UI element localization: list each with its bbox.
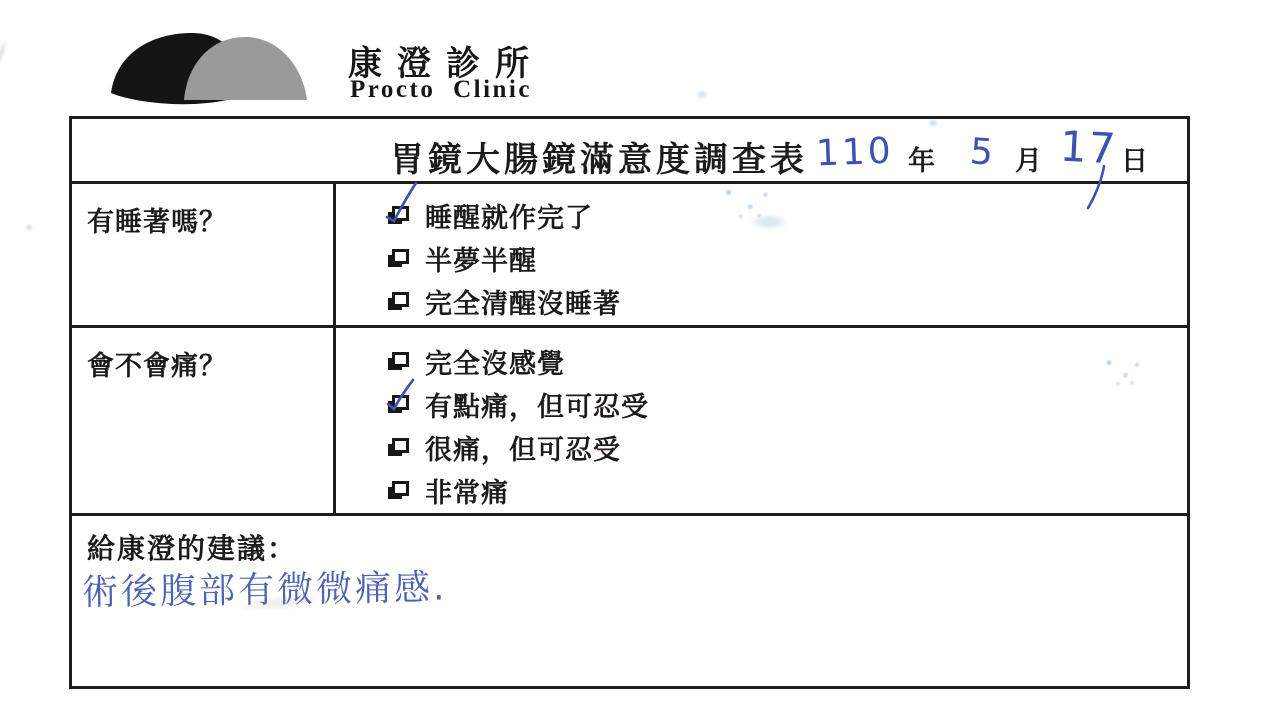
checkbox-icon [388,290,410,312]
question-options-cell: 睡醒就作完了 半夢半醒 完全清醒沒睡著 [336,184,1187,325]
option-row: 半夢半醒 [388,243,1187,273]
clinic-logo [104,27,312,107]
date-day-handwritten: 17 [1059,126,1119,171]
date-month-label: 月 [1015,139,1042,178]
question-row-sleep: 有睡著嗎？ 睡醒就作完了 半夢半醒 完全清醒沒睡著 [72,184,1187,328]
question-label-cell: 有睡著嗎？ [72,184,336,325]
form-title: 胃鏡大腸鏡滿意度調查表 [390,132,808,181]
option-row: 有點痛，但可忍受 [388,389,1187,419]
checkbox-icon [388,350,410,372]
option-row: 非常痛 [388,475,1187,505]
clinic-name-en: Procto Clinic [350,76,532,104]
option-label: 半夢半醒 [425,239,537,278]
checkbox-icon [388,436,410,458]
pen-stroke-descender [1085,165,1109,211]
scan-speck [25,224,33,231]
checkmark-icon [383,370,419,414]
question-label: 會不會痛？ [87,344,333,383]
option-label: 有點痛，但可忍受 [425,385,649,424]
date-year-label: 年 [908,139,935,178]
survey-table: 胃鏡大腸鏡滿意度調查表 110 年 5 月 17 日 有睡著嗎？ [69,116,1190,689]
ink-smudge [696,90,708,99]
question-options-cell: 完全沒感覺 有點痛，但可忍受 很痛，但可忍受 非常痛 [336,328,1187,513]
checkbox-icon [388,479,410,501]
scanned-survey-form: 康澄診所 Procto Clinic 胃鏡大腸鏡滿意度調查表 110 年 5 月… [0,0,1280,720]
checkmark-icon [383,181,419,225]
option-label: 完全清醒沒睡著 [425,282,621,321]
question-label-cell: 會不會痛？ [72,328,336,513]
title-row: 胃鏡大腸鏡滿意度調查表 110 年 5 月 17 日 [72,119,1187,184]
suggestion-handwritten-text: 術後腹部有微微痛感. [82,559,448,615]
date-month-handwritten: 5 [969,134,994,172]
scan-edge-mark [0,38,9,70]
option-row: 睡醒就作完了 [388,200,1187,230]
option-label: 睡醒就作完了 [425,196,593,235]
suggestion-row: 給康澄的建議： 術後腹部有微微痛感. [72,516,1187,686]
date-day-label: 日 [1121,139,1148,178]
question-row-pain: 會不會痛？ 完全沒感覺 有點痛，但可忍受 很痛，但可忍受 [72,328,1187,516]
option-row: 完全沒感覺 [388,346,1187,376]
option-row: 完全清醒沒睡著 [388,286,1187,316]
option-label: 完全沒感覺 [425,342,565,381]
question-label: 有睡著嗎？ [87,200,333,239]
option-label: 很痛，但可忍受 [425,428,621,467]
checkbox-icon [388,247,410,269]
date-year-handwritten: 110 [815,134,894,173]
option-label: 非常痛 [425,471,509,510]
option-row: 很痛，但可忍受 [388,432,1187,462]
